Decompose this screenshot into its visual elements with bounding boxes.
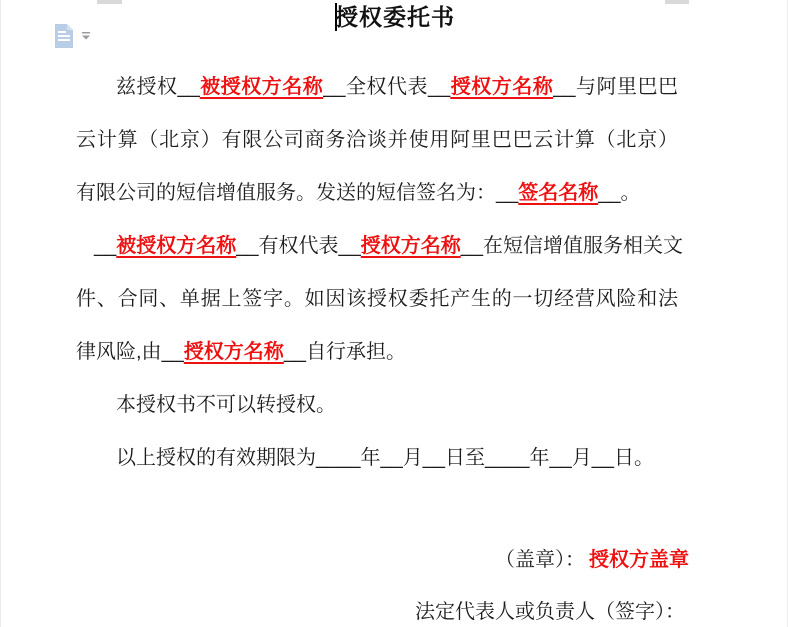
blank-underscore: __ (339, 235, 361, 257)
blank-underscore: __ (178, 76, 200, 98)
document-line: 云计算（北京）有限公司商务洽谈并使用阿里巴巴云计算（北京） (76, 114, 678, 167)
blank-underscore: ____ (316, 447, 361, 469)
document-page[interactable]: 授权委托书 兹授权__被授权方名称__全权代表__授权方名称__与阿里巴巴云计算… (0, 0, 788, 627)
text-run: 以上授权的有效期限为 (116, 447, 316, 469)
text-run: 日。 (614, 447, 654, 469)
blank-underscore: __ (94, 235, 116, 257)
text-run: 与阿里巴巴 (576, 76, 679, 98)
text-run: 兹授权 (116, 76, 178, 98)
signer-label: 法定代表人或负责人（签字）： (415, 601, 685, 623)
text-run: 本授权书不可以转授权。 (116, 394, 336, 416)
blank-underscore: __ (381, 447, 403, 469)
blank-underscore: __ (496, 182, 518, 204)
blank-underscore: __ (423, 447, 445, 469)
document-line: __被授权方名称__有权代表__授权方名称__在短信增值服务相关文 (76, 220, 678, 273)
text-run: 。 (621, 182, 641, 204)
placeholder-run: 授权方名称 (450, 76, 553, 98)
text-run: 件、合同、单据上签字。如因该授权委托产生的一切经营风险和法 (76, 288, 678, 310)
placeholder-run: 被授权方名称 (116, 235, 236, 257)
blank-underscore: __ (592, 447, 614, 469)
blank-underscore: __ (553, 76, 575, 98)
document-line: 以上授权的有效期限为____年__月__日至____年__月__日。 (76, 432, 678, 485)
document-line: 有限公司的短信增值服务。发送的短信签名为：__签名名称__。 (76, 167, 678, 220)
text-run: 律风险,由 (76, 341, 162, 363)
document-title: 授权委托书 (1, 0, 788, 36)
blank-underscore: __ (598, 182, 620, 204)
placeholder-run: 签名名称 (518, 182, 598, 204)
blank-underscore: __ (428, 76, 450, 98)
placeholder-run: 被授权方名称 (200, 76, 324, 98)
text-run: 月 (403, 447, 423, 469)
document-line: 本授权书不可以转授权。 (76, 379, 678, 432)
blank-underscore: __ (461, 235, 483, 257)
text-run: 年 (530, 447, 550, 469)
text-run: 月 (572, 447, 592, 469)
document-body: 兹授权__被授权方名称__全权代表__授权方名称__与阿里巴巴云计算（北京）有限… (76, 61, 678, 485)
legal-representative-line: 法定代表人或负责人（签字）： (415, 598, 685, 626)
blank-underscore: __ (323, 76, 345, 98)
blank-underscore: __ (550, 447, 572, 469)
text-run: 日至 (445, 447, 485, 469)
blank-underscore: __ (284, 341, 306, 363)
placeholder-run: 授权方名称 (361, 235, 461, 257)
blank-underscore: __ (236, 235, 258, 257)
document-line: 律风险,由__授权方名称__自行承担。 (76, 326, 678, 379)
title-text: 授权委托书 (335, 4, 455, 30)
blank-underscore: __ (162, 341, 184, 363)
text-run: 有权代表 (259, 235, 339, 257)
text-run: 有限公司的短信增值服务。发送的短信签名为： (76, 182, 496, 204)
placeholder-run: 授权方名称 (184, 341, 284, 363)
text-run: 云计算（北京）有限公司商务洽谈并使用阿里巴巴云计算（北京） (76, 129, 678, 151)
text-run: 全权代表 (346, 76, 429, 98)
document-line: 件、合同、单据上签字。如因该授权委托产生的一切经营风险和法 (76, 273, 678, 326)
text-run: 自行承担。 (306, 341, 406, 363)
seal-label: （盖章）： (495, 549, 585, 571)
blank-underscore: ____ (485, 447, 530, 469)
seal-placeholder: 授权方盖章 (589, 549, 689, 571)
document-line: 兹授权__被授权方名称__全权代表__授权方名称__与阿里巴巴 (76, 61, 678, 114)
seal-line: （盖章）：授权方盖章 (495, 546, 689, 574)
text-run: 年 (361, 447, 381, 469)
text-run: 在短信增值服务相关文 (483, 235, 683, 257)
